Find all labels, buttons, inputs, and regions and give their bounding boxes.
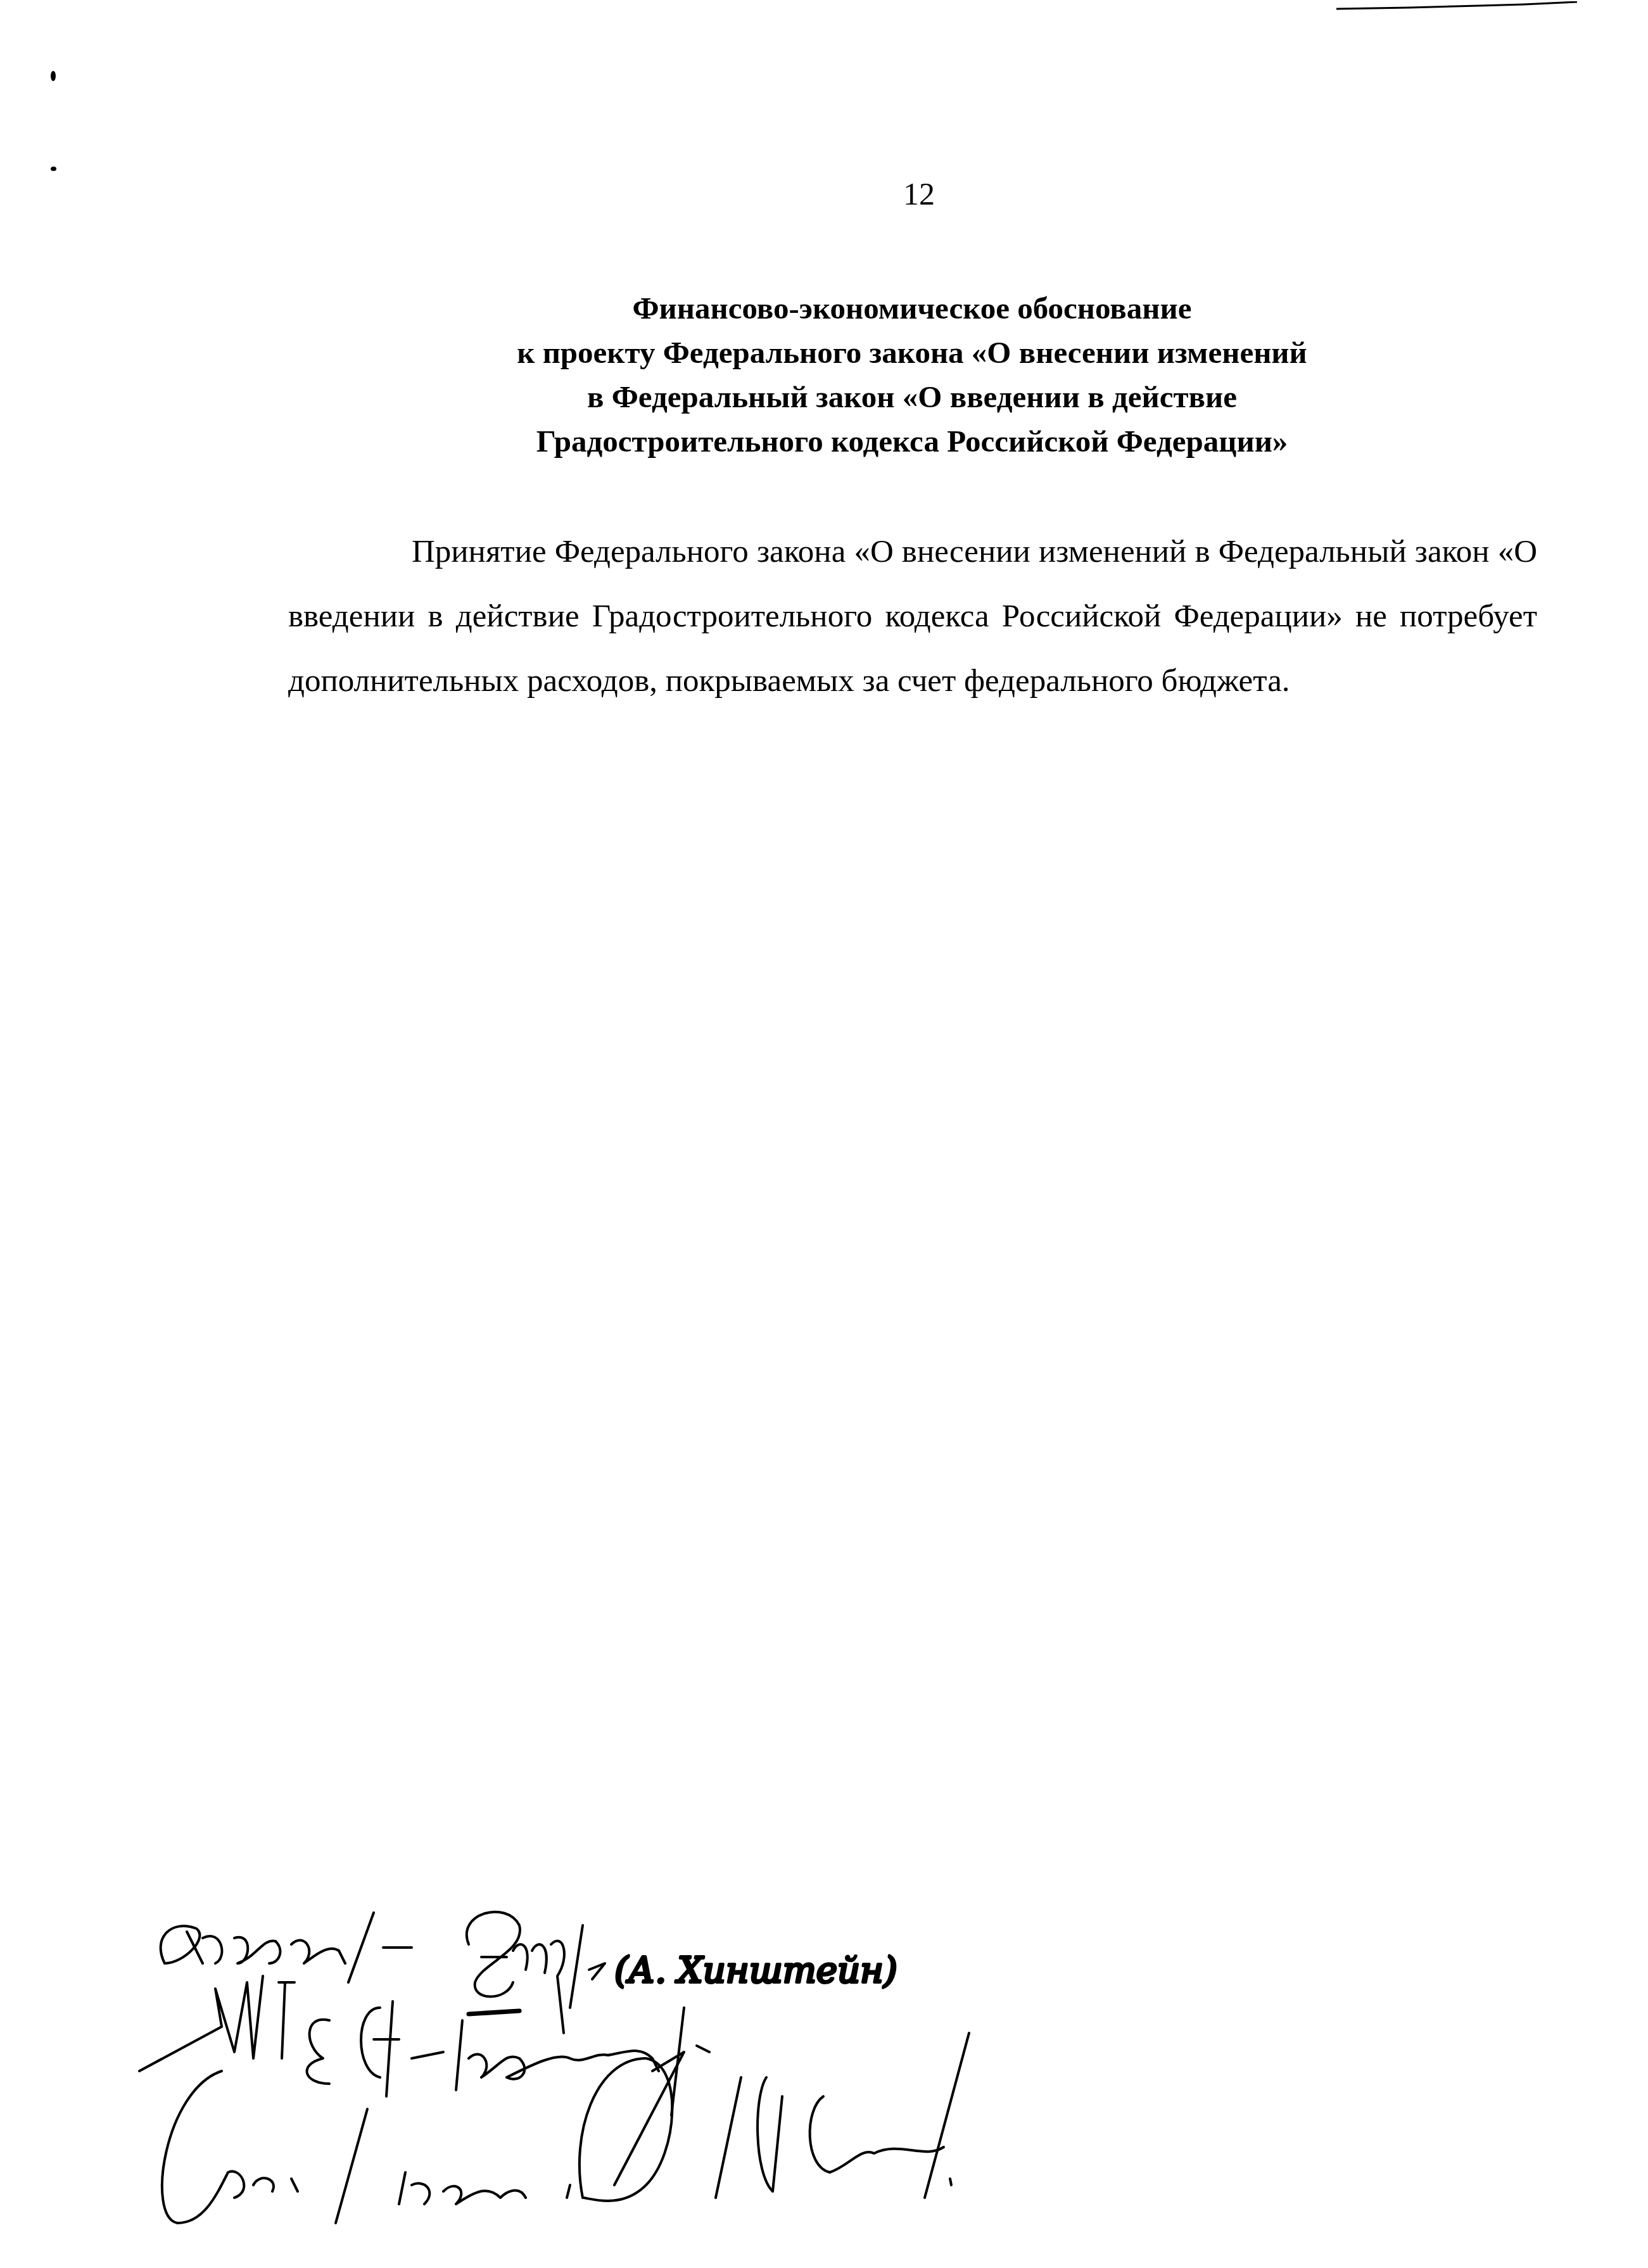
document-body: Принятие Федерального закона «О внесении… bbox=[288, 519, 1537, 713]
title-line: в Федеральный закон «О введении в действ… bbox=[405, 375, 1419, 419]
signature-sabadash bbox=[716, 2033, 969, 2198]
title-line: Финансово-экономическое обоснование bbox=[405, 286, 1419, 331]
signature-annotation: (А. Хинштейн) bbox=[614, 1950, 897, 1991]
signature-kuzmineev bbox=[456, 2008, 684, 2115]
body-paragraph: Принятие Федерального закона «О внесении… bbox=[288, 519, 1537, 713]
scan-artifact-line bbox=[1333, 1, 1580, 10]
title-line: Градостроительного кодекса Российской Фе… bbox=[405, 419, 1419, 464]
document-title: Финансово-экономическое обоснование к пр… bbox=[405, 286, 1419, 464]
signature-3 bbox=[139, 1976, 443, 2096]
scan-artifact-dot bbox=[51, 71, 56, 81]
title-line: к проекту Федерального закона «О внесени… bbox=[405, 331, 1419, 375]
signature-5 bbox=[580, 2046, 709, 2201]
scan-artifact-dot bbox=[51, 167, 56, 171]
signatures-block: (А. Хинштейн) bbox=[127, 1868, 1457, 2261]
signature-4 bbox=[162, 2071, 367, 2223]
signature-1 bbox=[161, 1913, 412, 1982]
signature-kazakov bbox=[399, 2172, 570, 2204]
signature-2 bbox=[467, 1912, 605, 2033]
page-number: 12 bbox=[0, 175, 1648, 213]
